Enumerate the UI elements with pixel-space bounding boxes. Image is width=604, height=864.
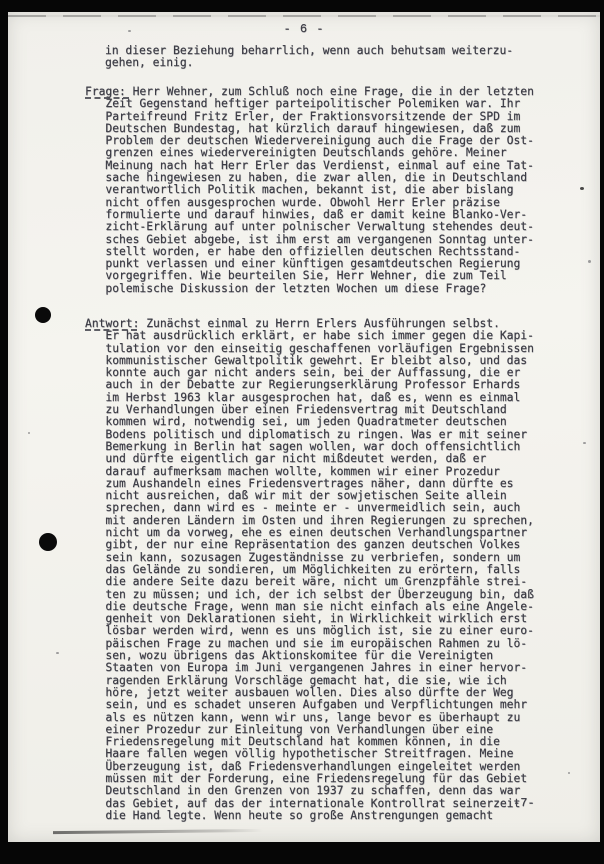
scanned-document-frame: - 6 - in dieser Beziehung beharrlich, we… — [0, 0, 604, 864]
answer-paragraph: Antwort: Zunächst einmal zu Herrn Erlers… — [85, 318, 534, 822]
scan-streak-top — [8, 15, 600, 17]
page-number-footer: -7- — [513, 796, 535, 810]
scan-speck — [588, 260, 591, 263]
scan-streak-bottom — [53, 829, 263, 834]
document-page: - 6 - in dieser Beziehung beharrlich, we… — [8, 12, 600, 842]
question-paragraph: Frage: Herr Wehner, zum Schluß noch eine… — [85, 86, 534, 295]
scan-speck — [580, 187, 584, 190]
answer-label-underline — [85, 329, 137, 331]
scan-speck — [56, 652, 59, 654]
intro-paragraph: in dieser Beziehung beharrlich, wenn auc… — [105, 45, 513, 70]
punch-hole-bottom — [39, 533, 57, 551]
scan-speck — [158, 817, 161, 819]
scan-speck — [583, 442, 586, 444]
question-label-underline — [85, 97, 129, 99]
scan-speck — [28, 432, 30, 434]
scan-speck — [568, 772, 570, 774]
scan-speck — [128, 30, 131, 32]
punch-hole-top — [35, 307, 51, 323]
page-number-header: - 6 - — [8, 22, 600, 36]
